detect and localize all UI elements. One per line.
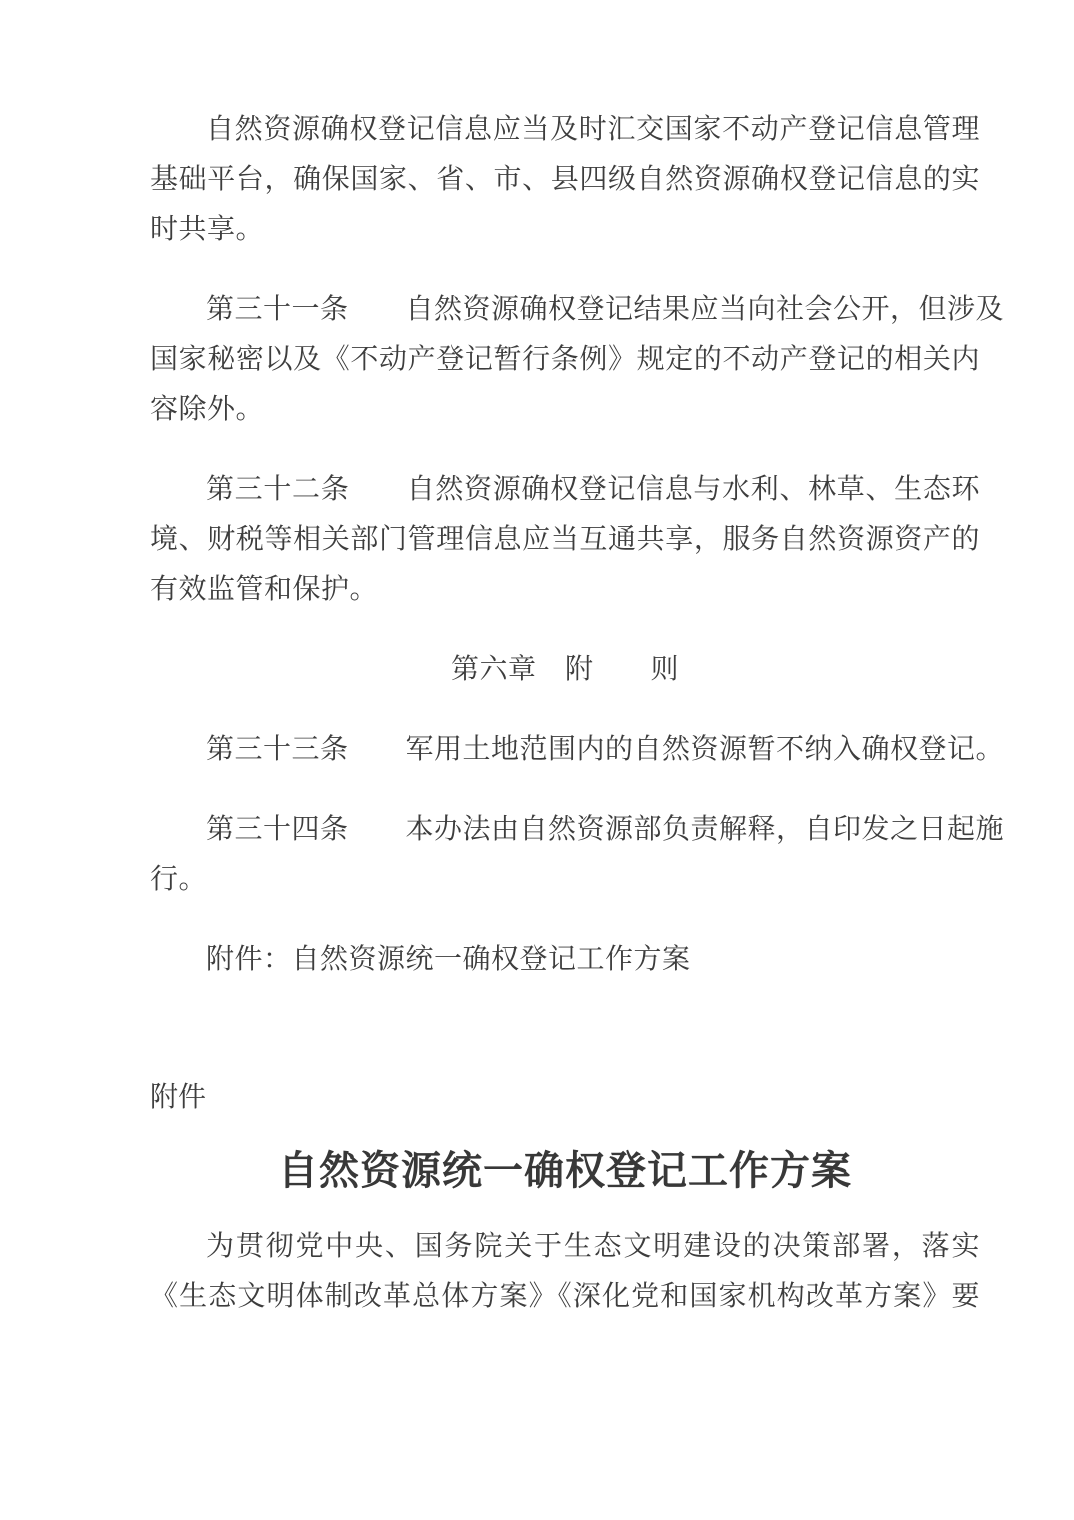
text-line: 行。 xyxy=(150,855,980,905)
attachment-title: 自然资源统一确权登记工作方案 xyxy=(150,1136,980,1206)
text-line: 第三十三条 军用土地范围内的自然资源暂不纳入确权登记。 xyxy=(150,725,980,775)
text-line: 时共享。 xyxy=(150,205,980,255)
text-line: 第三十一条 自然资源确权登记结果应当向社会公开，但涉及 xyxy=(150,285,980,335)
paragraph-article-34: 第三十四条 本办法由自然资源部负责解释，自印发之日起施 行。 xyxy=(150,805,980,905)
attachment-label: 附件 xyxy=(150,1073,980,1123)
text-line: 国家秘密以及《不动产登记暂行条例》规定的不动产登记的相关内 xyxy=(150,335,980,385)
paragraph-article-31: 第三十一条 自然资源确权登记结果应当向社会公开，但涉及 国家秘密以及《不动产登记… xyxy=(150,285,980,435)
paragraph-article-33: 第三十三条 军用土地范围内的自然资源暂不纳入确权登记。 xyxy=(150,725,980,775)
paragraph-work-plan-intro: 为贯彻党中央、国务院关于生态文明建设的决策部署，落实 《生态文明体制改革总体方案… xyxy=(150,1222,980,1322)
text-line: 第三十二条 自然资源确权登记信息与水利、林草、生态环 xyxy=(150,465,980,515)
text-line: 有效监管和保护。 xyxy=(150,565,980,615)
text-line: 基础平台，确保国家、省、市、县四级自然资源确权登记信息的实 xyxy=(150,155,980,205)
text-line: 自然资源确权登记信息应当及时汇交国家不动产登记信息管理 xyxy=(150,105,980,155)
document-page: 自然资源确权登记信息应当及时汇交国家不动产登记信息管理 基础平台，确保国家、省、… xyxy=(0,0,1074,1520)
text-line: 为贯彻党中央、国务院关于生态文明建设的决策部署，落实 xyxy=(150,1222,980,1272)
document-body: 自然资源确权登记信息应当及时汇交国家不动产登记信息管理 基础平台，确保国家、省、… xyxy=(0,0,1074,1322)
text-line: 第三十四条 本办法由自然资源部负责解释，自印发之日起施 xyxy=(150,805,980,855)
text-line: 附件：自然资源统一确权登记工作方案 xyxy=(150,935,980,985)
paragraph-attachment-reference: 附件：自然资源统一确权登记工作方案 xyxy=(150,935,980,985)
text-line: 容除外。 xyxy=(150,385,980,435)
paragraph-article-32: 第三十二条 自然资源确权登记信息与水利、林草、生态环 境、财税等相关部门管理信息… xyxy=(150,465,980,615)
chapter-6-heading: 第六章 附 则 xyxy=(150,645,980,695)
paragraph-info-sharing: 自然资源确权登记信息应当及时汇交国家不动产登记信息管理 基础平台，确保国家、省、… xyxy=(150,105,980,255)
text-line: 境、财税等相关部门管理信息应当互通共享，服务自然资源资产的 xyxy=(150,515,980,565)
text-line: 《生态文明体制改革总体方案》《深化党和国家机构改革方案》要 xyxy=(150,1272,980,1322)
